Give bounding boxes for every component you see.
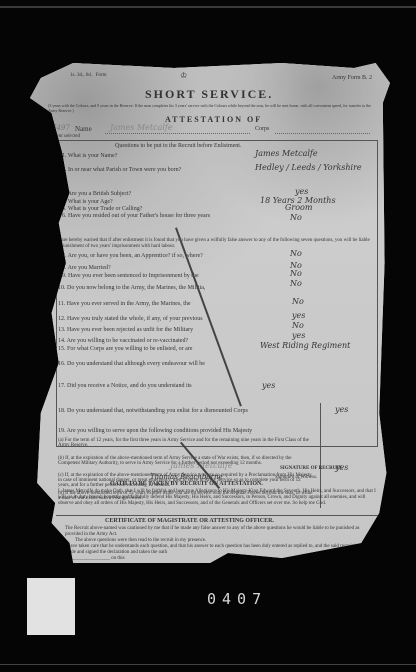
answer-13: No (292, 321, 304, 330)
name-label: Name (75, 125, 92, 133)
form-title: SHORT SERVICE. (145, 87, 273, 102)
answer-18: yes (335, 405, 348, 414)
question-19: 19. Are you willing to serve upon the fo… (58, 428, 252, 434)
question-18: 18. Do you understand that, notwithstand… (58, 408, 248, 414)
question-14: 14. Are you willing to be vaccinated or … (58, 338, 188, 344)
signature-of-recruit-label: SIGNATURE OF RECRUIT. (280, 466, 343, 471)
service-number: 7497 (52, 124, 70, 132)
question-6: 6. Have you resided out of your Father's… (62, 213, 210, 219)
certificate-heading: CERTIFICATE OF MAGISTRATE OR ATTESTING O… (105, 518, 274, 524)
question-17: 17. Did you receive a Notice, and do you… (58, 383, 192, 389)
name-line (105, 133, 250, 134)
answer-7: No (290, 249, 302, 258)
answer-2: Hedley / Leeds / Yorkshire (255, 163, 365, 172)
form-number: Army Form B. 2 (332, 75, 372, 81)
certificate-text-3: I have taken care that he understands ea… (65, 544, 365, 556)
question-4: 4. What is your Age? (62, 199, 113, 205)
answer-6: No (290, 213, 302, 222)
certificate-text-1: The Recruit above-named was cautioned by… (65, 526, 370, 538)
answer-14: yes (292, 331, 305, 340)
oath-heading: OATH TO BE TAKEN BY RECRUIT ON ATTESTATI… (110, 481, 263, 487)
question-3: 3. Are you a British Subject? (62, 191, 131, 197)
question-5: 5. What is your Trade or Calling? (62, 206, 142, 212)
certificate-text-2: The above questions were then read to th… (75, 538, 206, 543)
form-subtitle: (3 years with the Colours, and 9 years i… (48, 103, 373, 113)
film-edge-bottom (0, 664, 416, 665)
question-1: 1. What is your Name? (62, 153, 117, 159)
calibration-card (27, 578, 75, 635)
attestation-heading: ATTESTATION OF (165, 115, 262, 124)
question-9: 9. Have you ever been sentenced to Impri… (62, 273, 199, 279)
oath-text: I, James Metcalfe do make Oath, that I w… (58, 489, 380, 507)
answer-15: West Riding Regiment (260, 341, 350, 350)
question-12: 12. Have you truly stated the whole, if … (58, 316, 203, 322)
question-11: 11. Have you ever served in the Army, th… (58, 301, 191, 307)
question-8: 8. Are you Married? (62, 265, 111, 271)
no-label: No. (40, 125, 50, 133)
question-16: 16. Do you understand that although ever… (58, 361, 205, 367)
question-2: 2. In or near what Parish or Town were y… (62, 167, 181, 173)
attestation-form-scan: 1s. 3d., 6d. Form Army Form B. 2 ♔ SHORT… (30, 63, 390, 563)
recruit-name: James Metcalfe (110, 123, 173, 132)
false-answer-warning: You are hereby warned that if after enli… (52, 238, 372, 250)
answer-10: No (290, 279, 302, 288)
declaration-box (56, 446, 376, 447)
answer-1: James Metcalfe (255, 149, 318, 158)
film-edge-top (0, 6, 416, 8)
frame-number: 0407 (207, 590, 267, 608)
answer-11: No (292, 297, 304, 306)
corps-label: Corps (255, 126, 269, 132)
question-7: 7. Are you, or have you been, an Apprent… (62, 253, 203, 259)
royal-crest-icon: ♔ (180, 71, 187, 80)
corps-line (275, 133, 370, 134)
questions-box (56, 140, 378, 447)
answer-17: yes (262, 381, 275, 390)
answer-5: Groom (285, 203, 312, 212)
question-13: 13. Have you ever been rejected as unfit… (58, 327, 193, 333)
question-15: 15. For what Corps are you willing to be… (58, 346, 192, 352)
regiment-note: * Regiment selected (40, 134, 80, 139)
answer-12: yes (292, 311, 305, 320)
answer-3: yes (295, 187, 308, 196)
witness-label: Signature of Witness. (275, 475, 317, 480)
certificate-text-4: at ________________ on this (65, 556, 125, 561)
questions-heading: Questions to be put to the Recruit befor… (115, 143, 241, 149)
form-reference-left: 1s. 3d., 6d. Form (70, 73, 107, 78)
certificate-divider (56, 515, 378, 516)
question-10: 10. Do you now belong to the Army, the M… (58, 285, 205, 291)
answer-9: No (290, 269, 302, 278)
